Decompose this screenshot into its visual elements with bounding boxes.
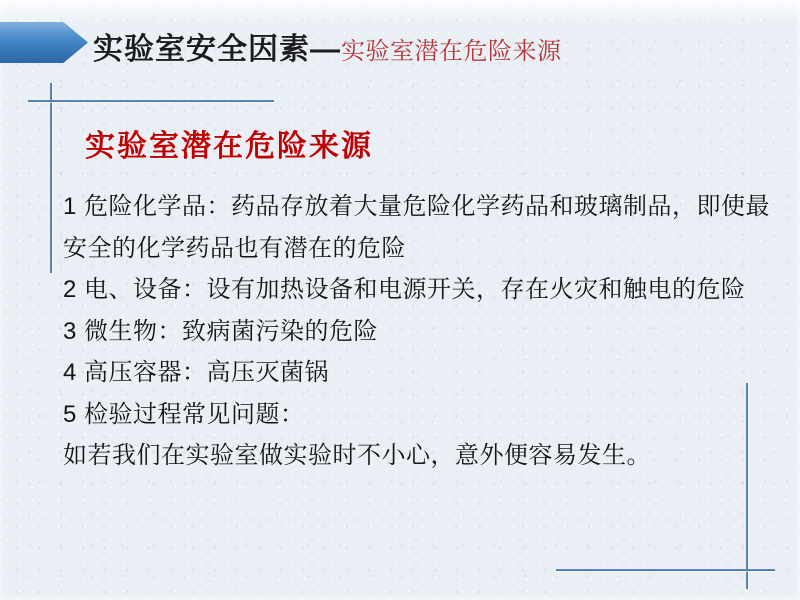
header-title-red: 实验室潜在危险来源 [341,38,562,65]
slide-canvas: 实验室安全因素—实验室潜在危险来源 实验室潜在危险来源 1 危险化学品：药品存放… [0,0,800,600]
body-line: 1 危险化学品：药品存放着大量危险化学药品和玻璃制品，即使最 [63,186,763,228]
header-title-black: 实验室安全因素— [93,33,341,66]
body-line: 3 微生物：致病菌污染的危险 [63,311,763,353]
body-text-block: 1 危险化学品：药品存放着大量危险化学药品和玻璃制品，即使最 安全的化学药品也有… [63,186,763,477]
slide-header: 实验室安全因素—实验室潜在危险来源 [93,24,783,68]
body-line: 2 电、设备：设有加热设备和电源开关，存在火灾和触电的危险 [63,269,763,311]
decor-line-topleft-horizontal [28,100,274,102]
body-line: 5 检验过程常见问题： [63,394,763,436]
body-line: 安全的化学药品也有潜在的危险 [63,228,763,270]
right-arrow-icon [0,22,88,63]
section-subtitle: 实验室潜在危险来源 [85,121,373,165]
decor-line-bottomright-horizontal [556,569,775,571]
body-line: 如若我们在实验室做实验时不小心，意外便容易发生。 [63,435,763,477]
decor-line-topleft-vertical [50,83,52,273]
body-line: 4 高压容器：高压灭菌锅 [63,352,763,394]
